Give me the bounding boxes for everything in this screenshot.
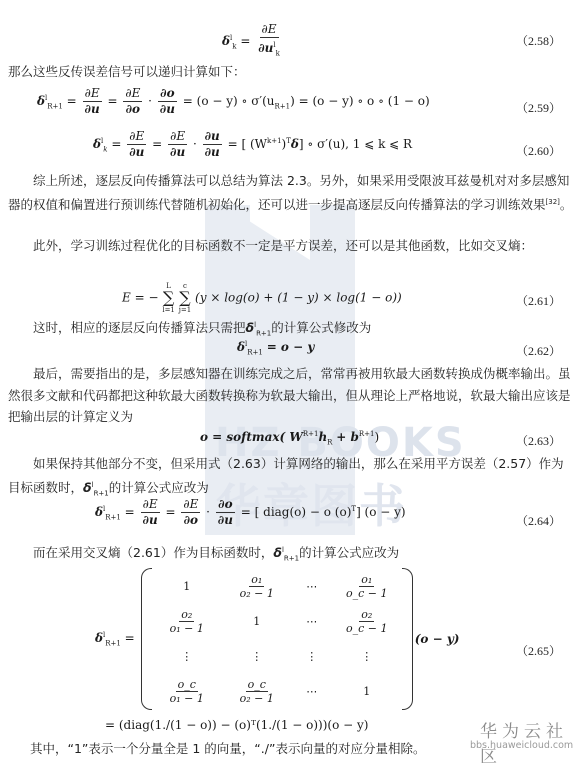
fraction: ∂u∂u [203, 129, 222, 160]
frac-den: ∂u [203, 145, 222, 160]
inline-symbol: δ [273, 545, 282, 560]
matrix-cell: o_co₂ − 1 [236, 678, 278, 705]
eq-expr: h [318, 430, 327, 444]
fraction: ∂E∂u [83, 86, 102, 117]
eq-expr: ) = (o − y) ∘ o ∘ (1 − o) [290, 94, 430, 108]
eq-condition: ), 1 ⩽ k ⩽ R [340, 137, 412, 151]
fraction: o₂o_c − 1 [344, 608, 390, 635]
equation-number-2-62: （2.62） [516, 342, 561, 359]
frac-num: ∂o [216, 497, 234, 513]
eq-body: (y × log(o) + (1 − y) × log(1 − o)) [195, 291, 402, 305]
fraction: ∂E∂o [123, 86, 142, 117]
paragraph-text: 综上所述，逐层反向传播算法可以总结为算法 2.3。另外，如果采用受限波耳兹曼机对… [8, 173, 569, 212]
fraction: o₂o₁ − 1 [168, 608, 206, 635]
eq-lhs: δ [237, 340, 245, 354]
frac-den: o₂ − 1 [238, 587, 276, 600]
eq-expr: = [ diag(o) − o (o) [241, 505, 352, 519]
eq-sup: R+1 [359, 430, 375, 438]
matrix-cell: ⋯ [306, 615, 317, 628]
eq-lhs: δ [37, 94, 45, 108]
frac-den: ∂u [141, 513, 160, 528]
paragraph-recursive-intro: 那么这些反传误差信号可以递归计算如下： [8, 61, 573, 83]
paragraph-cross-entropy: 而在采用交叉熵（2.61）作为目标函数时，δlR+1的计算公式应改为 [8, 540, 573, 570]
matrix-cell: ⋮ [251, 650, 262, 663]
frac-den: ∂u [258, 41, 273, 55]
frac-den: o₁ − 1 [168, 622, 206, 635]
eq-lhs: E = − [122, 291, 159, 305]
eq-sup: l [103, 631, 105, 639]
frac-den: ∂u [127, 145, 146, 160]
matrix-cell: ⋮ [181, 650, 192, 663]
eq-sub: R+1 [284, 555, 299, 563]
fraction: ∂E∂u [127, 129, 146, 160]
matrix-cell: o₂o_c − 1 [342, 608, 392, 635]
eq-rhs: = o − y [267, 340, 315, 354]
fraction: ∂E∂u [168, 129, 187, 160]
frac-num: ∂E [181, 497, 200, 513]
eq-expr: ] (o − y) [356, 505, 406, 519]
sum-symbol: c∑j=1 [179, 282, 192, 314]
eq-sub: R [327, 438, 332, 446]
frac-num: ∂o [158, 86, 176, 102]
frac-den: o₂ − 1 [238, 692, 276, 705]
fraction: ∂E∂u [141, 497, 160, 528]
fraction: ∂E∂o [181, 497, 200, 528]
eq-sup: l [103, 505, 105, 513]
inline-symbol: δ [246, 320, 255, 335]
sum-symbol: L∑l=1 [162, 282, 175, 314]
eq-sub: R+1 [275, 102, 291, 110]
frac-num: ∂E [260, 22, 279, 38]
frac-num: o₁ [249, 573, 264, 587]
fraction: ∂o∂u [158, 86, 177, 117]
matrix-cell: ⋯ [306, 580, 317, 593]
equation-number-2-58: （2.58） [516, 32, 561, 49]
eq-sub: k [276, 49, 280, 57]
frac-num: o₂ [359, 608, 374, 622]
paragraph-text: 的计算公式修改为 [271, 320, 371, 335]
matrix-cell: o₂o₁ − 1 [166, 608, 208, 635]
frac-num: o_c [176, 678, 198, 692]
frac-den: o_c − 1 [344, 622, 390, 635]
eq-sup: l [230, 34, 232, 42]
matrix-cell: ⋮ [361, 650, 372, 663]
equation-2-62: δlR+1 = o − y [237, 340, 314, 356]
matrix-cell: o_co₁ − 1 [166, 678, 208, 705]
frac-den: ∂u [83, 102, 102, 117]
paragraph-text: 的计算公式应改为 [299, 545, 399, 560]
inline-symbol: δ [83, 480, 92, 495]
equation-number-2-61: （2.61） [516, 292, 561, 309]
equation-2-63: o = softmax( WR+1hR + bR+1) [200, 430, 379, 446]
paragraph-summary: 综上所述，逐层反向传播算法可以总结为算法 2.3。另外，如果采用受限波耳兹曼机对… [8, 170, 573, 215]
frac-num: ∂E [141, 497, 160, 513]
frac-num: o_c [246, 678, 268, 692]
fraction: o_co₁ − 1 [168, 678, 206, 705]
eq-sup: l [273, 41, 275, 49]
eq-sub: k [103, 145, 107, 153]
matrix-grid: 1o₁o₂ − 1⋯o₁o_c − 1o₂o₁ − 11⋯o₂o_c − 1⋮⋮… [152, 569, 402, 709]
eq-after-matrix: (o − y) [415, 632, 460, 646]
eq-lhs-symbol: δ [95, 631, 103, 645]
equation-number-2-63: （2.63） [516, 432, 561, 449]
eq-expr: = (o − y) ∘ σ′(u [183, 94, 275, 108]
eq-sup: R+1 [303, 430, 319, 438]
fraction: ∂o∂u [216, 497, 235, 528]
eq-sub: R+1 [47, 102, 63, 110]
eq-sup: l [45, 94, 47, 102]
eq-sub: R+1 [105, 513, 121, 521]
eq-expr: ] ∘ σ′(u [299, 137, 341, 151]
matrix-cell: ⋯ [306, 685, 317, 698]
paragraph-text: 的计算公式应改为 [109, 480, 209, 495]
equation-2-65: δlR+1 = 1o₁o₂ − 1⋯o₁o_c − 1o₂o₁ − 11⋯o₂o… [95, 568, 459, 710]
matrix-right-paren [402, 568, 413, 710]
frac-den: o₁ − 1 [168, 692, 206, 705]
eq-sub: R+1 [247, 348, 263, 356]
frac-den: o_c − 1 [344, 587, 390, 600]
eq-expr: δ [291, 137, 299, 151]
matrix-cell: ⋮ [306, 650, 317, 663]
eq-sup: l [254, 321, 256, 329]
frac-den: ∂u [216, 513, 235, 528]
fraction: ∂E ∂ulk [256, 22, 282, 61]
equation-2-58: δlk = ∂E ∂ulk [222, 22, 284, 61]
sum-bottom: l=1 [162, 306, 175, 314]
frac-num: ∂E [123, 86, 142, 102]
frac-num: ∂E [83, 86, 102, 102]
eq-sup: l [245, 340, 247, 348]
frac-den: ∂u [158, 102, 177, 117]
citation: [32] [546, 198, 560, 206]
eq-expr: ) [375, 430, 380, 444]
equation-2-64: δlR+1 = ∂E∂u = ∂E∂o · ∂o∂u = [ diag(o) −… [95, 497, 406, 528]
frac-den: ∂o [124, 102, 142, 117]
document-page: δlk = ∂E ∂ulk （2.58） 那么这些反传误差信号可以递归计算如下：… [0, 0, 583, 763]
frac-den: ∂o [182, 513, 200, 528]
frac-num: ∂E [127, 129, 146, 145]
eq-lhs: δlR+1 = [95, 631, 135, 647]
matrix-left-paren [141, 568, 152, 710]
eq-sup: l [92, 481, 94, 489]
eq-expr: = [ (W [228, 137, 267, 151]
frac-num: o₁ [359, 573, 374, 587]
eq-sub: k [232, 43, 236, 51]
frac-num: o₂ [179, 608, 194, 622]
matrix-cell: 1 [253, 615, 260, 628]
eq-lhs: δ [93, 137, 101, 151]
fraction: o₁o_c − 1 [344, 573, 390, 600]
eq-sup: k+1 [267, 137, 282, 145]
frac-num: ∂E [168, 129, 187, 145]
site-watermark-url: bbs.huaweicloud.com [470, 740, 573, 751]
paragraph-text: 这时，相应的逐层反向传播算法只需把 [33, 320, 246, 335]
matrix-cell: 1 [183, 580, 190, 593]
equation-number-2-64: （2.64） [516, 512, 561, 529]
equation-number-2-60: （2.60） [516, 142, 561, 159]
sum-bottom: j=1 [179, 306, 192, 314]
matrix-cell: o₁o_c − 1 [342, 573, 392, 600]
equation-2-65-second-line: = (diag(1./(1 − o)) − (o)ᵀ(1./(1 − o)))(… [105, 718, 368, 732]
paragraph-text: 而在采用交叉熵（2.61）作为目标函数时， [33, 545, 273, 560]
eq-sub: R+1 [105, 639, 121, 647]
fraction: o_co₂ − 1 [238, 678, 276, 705]
eq-sup: l [101, 137, 103, 145]
equation-2-61: E = − L∑l=1 c∑j=1 (y × log(o) + (1 − y) … [122, 282, 402, 314]
matrix-cell: o₁o₂ − 1 [236, 573, 278, 600]
paragraph-softmax: 最后，需要指出的是，多层感知器在训练完成之后，常常再被用软最大函数转换成伪概率输… [8, 363, 573, 428]
equation-2-59: δlR+1 = ∂E∂u = ∂E∂o · ∂o∂u = (o − y) ∘ σ… [37, 86, 430, 117]
eq-lhs: δ [222, 34, 230, 48]
equation-number-2-65: （2.65） [516, 642, 561, 659]
eq-expr: + b [336, 430, 359, 444]
frac-den: ∂u [168, 145, 187, 160]
paragraph-cross-entropy-intro: 此外，学习训练过程优化的目标函数不一定是平方误差，还可以是其他函数，比如交叉熵： [8, 235, 573, 257]
paragraph-text: 。 [560, 197, 573, 212]
matrix-cell: 1 [363, 685, 370, 698]
equation-number-2-59: （2.59） [516, 99, 561, 116]
equation-2-60: δlk = ∂E∂u = ∂E∂u · ∂u∂u = [ (Wk+1)Tδ] ∘… [93, 129, 412, 160]
eq-sub: R+1 [256, 330, 271, 338]
eq-lhs: δ [95, 505, 103, 519]
eq-sub: R+1 [94, 489, 109, 497]
eq-expr: o = softmax( W [200, 430, 303, 444]
fraction: o₁o₂ − 1 [238, 573, 276, 600]
frac-num: ∂u [203, 129, 222, 145]
eq-sup: l [282, 546, 284, 554]
